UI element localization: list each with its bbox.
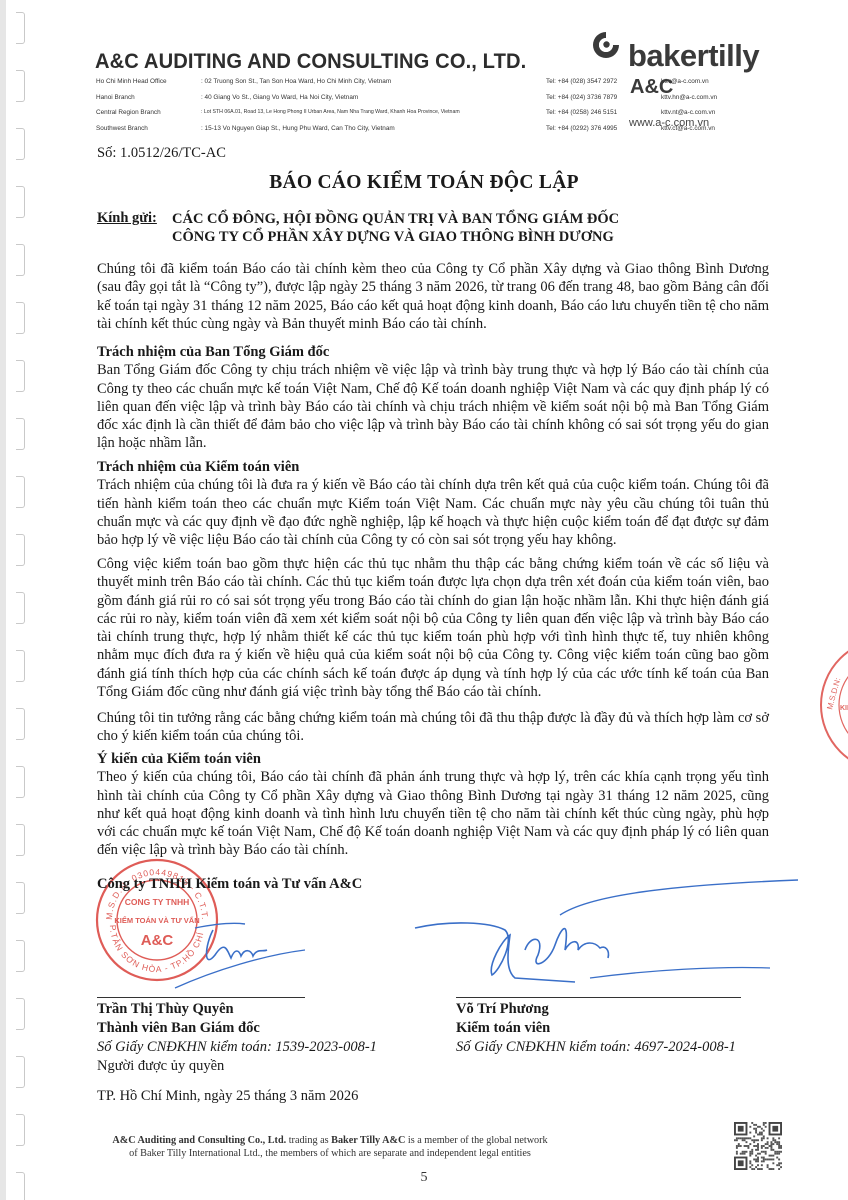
signature-line-left [97,997,305,998]
binding-hole [16,824,25,856]
section-heading: Trách nhiệm của Ban Tổng Giám đốc [97,343,769,361]
binding-hole [16,1056,25,1088]
branch-address: : Lot STH 06A.01, Road 13, Le Hong Phong… [201,109,546,125]
qr-code[interactable] [734,1122,782,1170]
binding-hole [16,302,25,334]
document-title: BÁO CÁO KIỂM TOÁN ĐỘC LẬP [0,172,848,194]
section-paragraph: Theo ý kiến của chúng tôi, Báo cáo tài c… [97,768,769,859]
signature-phuong [410,870,800,985]
signer-role: Thành viên Ban Giám đốc [97,1019,377,1038]
binding-hole [16,592,25,624]
branch-address: : 40 Giang Vo St., Giang Vo Ward, Ha Noi… [201,94,546,110]
binding-hole [16,418,25,450]
addressee-label: Kính gửi: [97,210,172,246]
branch-name: Southwest Branch [96,125,201,141]
binding-hole [16,708,25,740]
audit-work-paragraph: Công việc kiểm toán bao gồm thực hiện cá… [97,555,769,701]
binding-hole [16,1114,25,1146]
footer-firm: A&C Auditing and Consulting Co., Ltd. [112,1135,286,1146]
signer-block-right: Võ Trí Phương Kiểm toán viên Số Giấy CNĐ… [456,1000,736,1057]
section-paragraph: Trách nhiệm của chúng tôi là đưa ra ý ki… [97,476,769,549]
footer-line-2: of Baker Tilly International Ltd., the m… [100,1147,560,1160]
footer-brand: Baker Tilly A&C [331,1135,405,1146]
branch-row: Hanoi Branch : 40 Giang Vo St., Giang Vo… [96,94,717,110]
branch-name: Central Region Branch [96,109,201,125]
logo-sub: A&C [630,76,673,99]
reference-number: Số: 1.0512/26/TC-AC [97,145,226,162]
binding-hole [16,766,25,798]
section-auditor-responsibility: Trách nhiệm của Kiểm toán viên Trách nhi… [97,458,769,549]
binding-hole [16,128,25,160]
partial-seal-stamp: M.S.D.N: KIỂ [812,630,848,780]
binding-hole [16,650,25,682]
binding-hole [16,940,25,972]
binding-hole [16,12,25,44]
signer-name: Trần Thị Thùy Quyên [97,1000,377,1019]
signer-note: Người được ủy quyền [97,1057,377,1076]
company-name: A&C AUDITING AND CONSULTING CO., LTD. [95,50,526,74]
addressee-line: CÔNG TY CỔ PHẦN XÂY DỰNG VÀ GIAO THÔNG B… [172,228,619,246]
section-auditor-opinion: Ý kiến của Kiểm toán viên Theo ý kiến củ… [97,750,769,860]
signer-license: Số Giấy CNĐKHN kiểm toán: 1539-2023-008-… [97,1038,377,1057]
signer-role: Kiểm toán viên [456,1019,736,1038]
branch-address: : 15-13 Vo Nguyen Giap St., Hung Phu War… [201,125,546,141]
addressee-line: CÁC CỔ ĐÔNG, HỘI ĐỒNG QUẢN TRỊ VÀ BAN TỔ… [172,210,619,228]
binding-hole [16,998,25,1030]
signature-quyen [135,900,305,990]
logo-brand: bakertilly [628,38,759,74]
section-paragraph: Ban Tổng Giám đốc Công ty chịu trách nhi… [97,361,769,452]
binding-hole [16,882,25,914]
svg-text:KIỂ: KIỂ [840,703,848,712]
signer-block-left: Trần Thị Thùy Quyên Thành viên Ban Giám … [97,1000,377,1076]
branch-row: Central Region Branch : Lot STH 06A.01, … [96,109,717,125]
binding-hole [16,360,25,392]
section-heading: Ý kiến của Kiểm toán viên [97,750,769,768]
branch-name: Hanoi Branch [96,94,201,110]
footer-line-1: A&C Auditing and Consulting Co., Ltd. tr… [100,1134,560,1147]
binding-hole [16,244,25,276]
branch-row: Ho Chi Minh Head Office : 02 Truong Son … [96,78,717,94]
document-page: A&C AUDITING AND CONSULTING CO., LTD. Ho… [0,0,848,1200]
place-date: TP. Hồ Chí Minh, ngày 25 tháng 3 năm 202… [97,1088,358,1105]
section-management-responsibility: Trách nhiệm của Ban Tổng Giám đốc Ban Tổ… [97,343,769,453]
binding-hole [16,70,25,102]
footer-disclaimer: A&C Auditing and Consulting Co., Ltd. tr… [100,1134,560,1160]
addressee: Kính gửi: CÁC CỔ ĐÔNG, HỘI ĐỒNG QUẢN TRỊ… [97,210,619,246]
bakertilly-swirl-icon [591,30,621,60]
section-heading: Trách nhiệm của Kiểm toán viên [97,458,769,476]
signature-line-right [456,997,741,998]
binding-hole [16,534,25,566]
website-link[interactable]: www.a-c.com.vn [629,117,709,129]
branch-row: Southwest Branch : 15-13 Vo Nguyen Giap … [96,125,717,141]
signer-name: Võ Trí Phương [456,1000,736,1019]
footer-text: trading as [286,1135,331,1146]
audit-firm-name: Công ty TNHH Kiểm toán và Tư vấn A&C [97,876,362,893]
branch-list: Ho Chi Minh Head Office : 02 Truong Son … [96,78,717,140]
signer-license: Số Giấy CNĐKHN kiểm toán: 4697-2024-008-… [456,1038,736,1057]
intro-paragraph: Chúng tôi đã kiểm toán Báo cáo tài chính… [97,260,769,333]
evidence-paragraph: Chúng tôi tin tưởng rằng các bằng chứng … [97,709,769,746]
page-number: 5 [0,1170,848,1186]
binding-hole [16,476,25,508]
branch-name: Ho Chi Minh Head Office [96,78,201,94]
footer-text: is a member of the global network [405,1135,547,1146]
branch-address: : 02 Truong Son St., Tan Son Hoa Ward, H… [201,78,546,94]
